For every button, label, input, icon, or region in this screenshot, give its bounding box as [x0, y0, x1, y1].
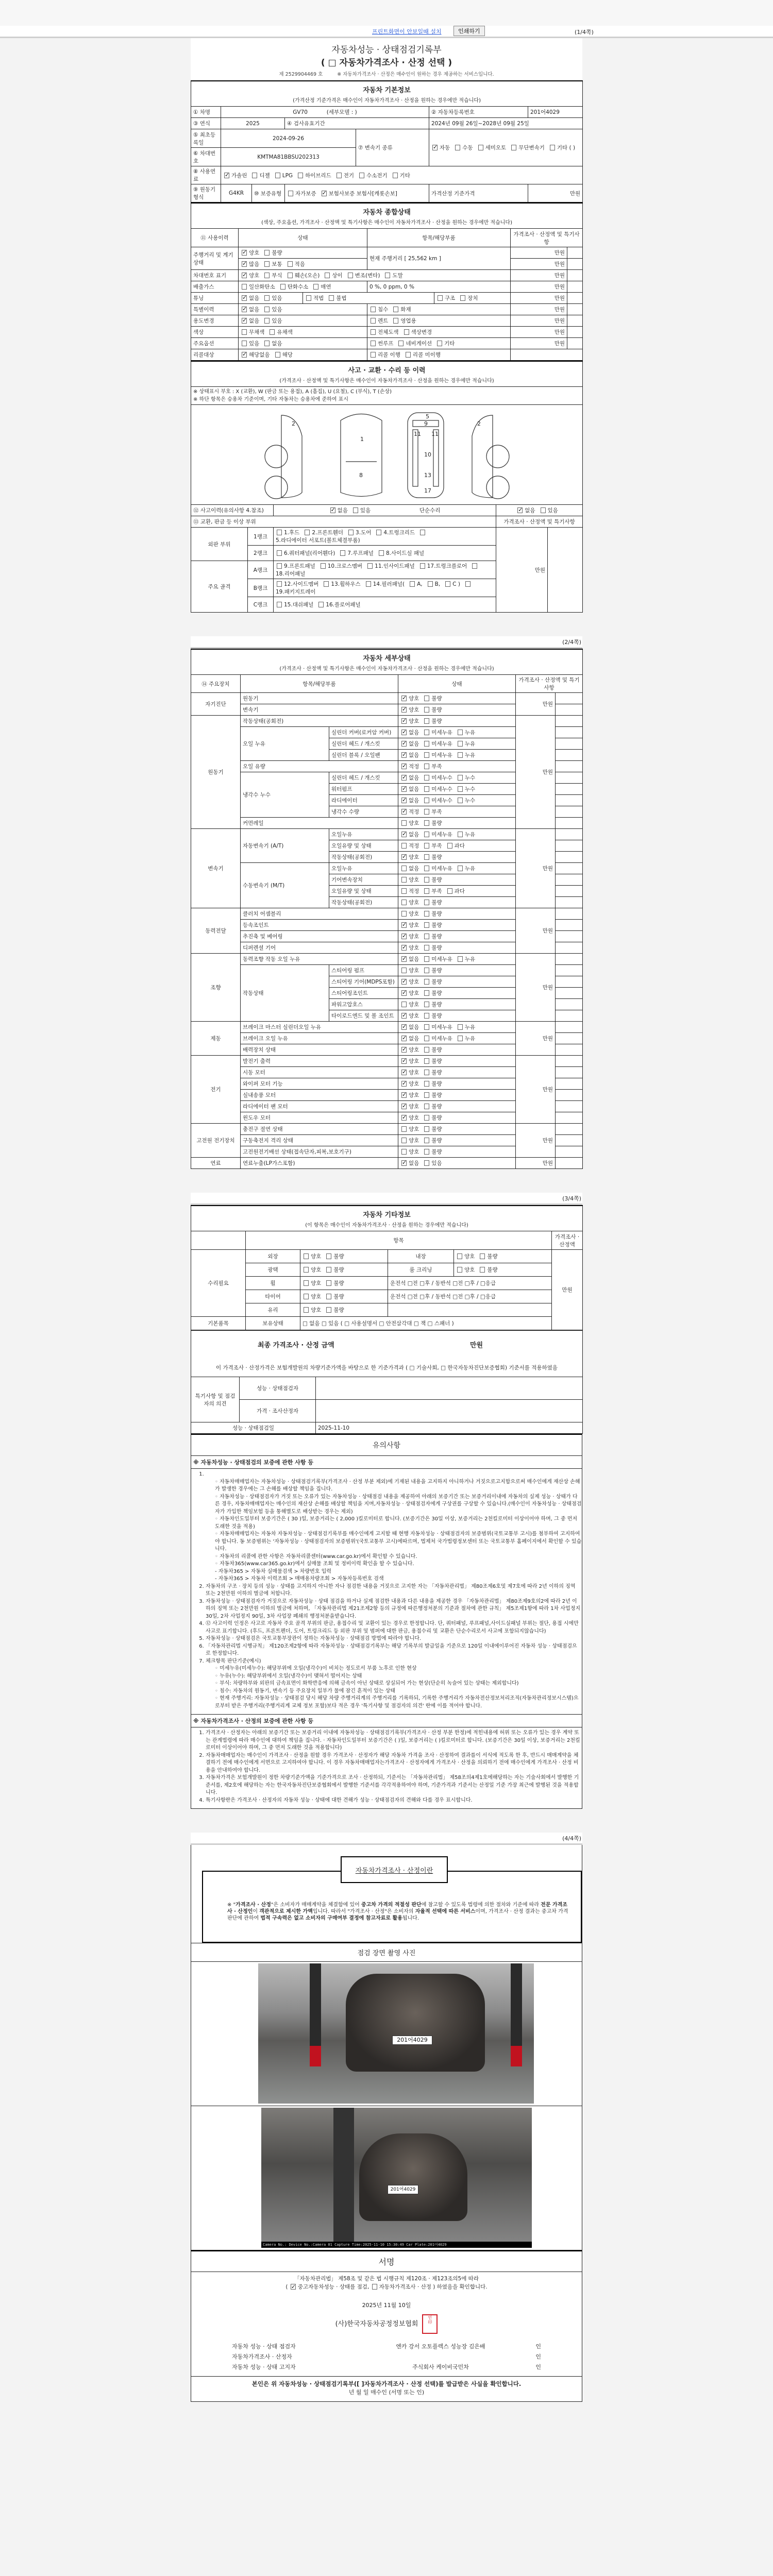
detail-note: (가격조사 · 산정액 및 특기사항은 매수인이 자동차가격조사 · 산정을 원… — [193, 663, 580, 673]
signer-row: 자동차가격조사 · 산정자인 — [232, 2351, 541, 2362]
option-label: 양호 — [409, 1081, 419, 1087]
status-row: 색상무채색유채색전체도색색상변경만원 — [191, 327, 583, 338]
checkbox — [401, 979, 407, 985]
checkbox — [424, 866, 429, 871]
item-label: 라디에이터 팬 모터 — [241, 1101, 398, 1112]
checkbox — [305, 530, 310, 535]
checkbox — [264, 261, 270, 267]
option-label: 미세누유 — [431, 741, 452, 747]
checkbox — [401, 730, 407, 735]
page-indicator: (1/4쪽) — [575, 28, 594, 36]
page-number: (2/4쪽) — [562, 638, 581, 646]
overall-title: 자동차 종합상태 — [193, 205, 580, 216]
checkbox — [242, 250, 247, 256]
checkbox — [424, 764, 429, 769]
other-note: (이 항목은 매수인이 자동차가격조사 · 산정을 원하는 경우에만 적습니다) — [193, 1219, 580, 1230]
option-label: 양호 — [409, 820, 419, 826]
part-item: 1.후드 — [284, 530, 299, 536]
option-label: 없음 — [249, 318, 259, 324]
sub-item-label: 타이로드엔드 및 볼 조인트 — [329, 1010, 398, 1022]
svg-text:11: 11 — [414, 431, 421, 437]
checkbox — [424, 718, 429, 724]
part-group: 외판 부위 — [191, 528, 248, 561]
checkbox — [541, 507, 546, 513]
option-label: 유채색 — [277, 329, 292, 335]
option-label: 미세누유 — [431, 866, 452, 872]
item-label: 시동 모터 — [241, 1067, 398, 1078]
option-label: 부족 — [431, 888, 442, 894]
checkbox — [457, 1253, 462, 1259]
col-item: 항목/해당부품 — [367, 229, 511, 247]
status-row: 차대번호 표기양호부식훼손(오손)상이변조(변타)도말만원 — [191, 270, 583, 281]
checkbox — [424, 956, 429, 962]
other-item-label: 휠 — [246, 1277, 300, 1290]
checkbox — [242, 352, 247, 358]
checkbox — [458, 730, 463, 735]
checkbox — [321, 563, 326, 569]
accident-history-table: 사고 · 교환 · 수리 등 이력(가격조사 · 산정액 및 특기사항은 매수인… — [191, 361, 583, 613]
checkbox — [401, 888, 407, 894]
checkbox — [401, 775, 407, 781]
checkbox — [424, 809, 429, 815]
option-label: 불량 — [431, 922, 442, 928]
option-label: 없음 — [409, 775, 419, 781]
svg-text:11: 11 — [431, 431, 439, 437]
part-item: 14.필러패널( — [373, 581, 405, 587]
col-status: 상태 — [239, 229, 367, 247]
checkbox — [401, 1058, 407, 1064]
option-label: 없음 — [409, 798, 419, 804]
option-label: 미세누유 — [431, 1036, 452, 1042]
checkbox — [550, 145, 555, 150]
checkbox — [313, 284, 318, 290]
status-label: 차대번호 표기 — [191, 270, 239, 281]
signature-title: 서명 — [191, 2251, 582, 2272]
document-title: 자동차성능 · 상태점검기록부 — [191, 42, 582, 55]
page-number: (4/4쪽) — [562, 1834, 581, 1842]
checkbox — [277, 581, 282, 587]
checkbox — [242, 329, 247, 335]
checkbox — [432, 145, 438, 150]
option-label: 미세누수 — [431, 786, 452, 792]
option-label: 수동 — [462, 145, 473, 151]
checkbox — [401, 809, 407, 815]
option-label: 부족 — [431, 843, 442, 849]
option-label: 불량 — [431, 854, 442, 860]
warranty-label: ⑩ 보증유형 — [252, 184, 285, 202]
option-label: 불량 — [431, 877, 442, 883]
checkbox — [401, 900, 407, 905]
option-label: 양호 — [409, 1058, 419, 1064]
sub-item-label: 기어변속장치 — [329, 874, 398, 886]
license-plate: 201어4029 — [392, 2036, 432, 2045]
option-label: 없음 — [525, 507, 535, 514]
option-label: 리콜 이행 — [378, 352, 400, 358]
part-item: 3.도어 — [356, 530, 371, 536]
option-label: 세미오토 — [485, 145, 507, 151]
document-number: 제 2529904469 호 — [279, 72, 323, 77]
checkbox — [424, 1138, 429, 1143]
car-name-value: GV70 — [293, 109, 308, 115]
other-item-label: 타이어 — [246, 1290, 300, 1303]
part-item: 19.패키지트레이 — [276, 589, 316, 595]
buyer-confirmation: 본인은 위 자동차성능 · 상태점검기록부([ ]자동차가격조사 · 산정 선택… — [191, 2380, 582, 2388]
checkbox — [224, 173, 229, 178]
detail-row: 변속기자동변속기 (A/T)오일누유없음미세누유누유만원 — [191, 829, 583, 840]
checkbox — [242, 307, 247, 312]
checkbox — [424, 1013, 429, 1019]
part-item: B, — [435, 581, 441, 587]
checkbox — [280, 284, 285, 290]
sub-item-label: 오일누유 — [329, 863, 398, 874]
option-label: 미세누유 — [431, 956, 452, 962]
appraisal-definition-text: ※ "가격조사 · 산정"은 소비자가 매매계약을 체결함에 있어 중고차 가격… — [227, 1902, 572, 1922]
device-group: 동력전달 — [191, 908, 241, 954]
checkbox — [424, 1070, 429, 1075]
checkbox — [277, 602, 282, 607]
option-label: 양호 — [409, 1149, 419, 1155]
option-label: 미세누유 — [431, 832, 452, 838]
checkbox — [348, 530, 354, 535]
item-label: 커먼레일 — [241, 818, 398, 829]
option-label: 불량 — [431, 1070, 442, 1076]
checkbox — [401, 718, 407, 724]
inspection-photo-front: 201어4029 — [191, 1962, 582, 2106]
basic-info-note: (가격산정 기준가격은 매수인이 자동차가격조사 · 산정을 원하는 경우에만 … — [193, 94, 580, 105]
year-label: ③ 연식 — [191, 118, 221, 129]
checkbox — [401, 741, 407, 747]
sub-item-label: 실린더 헤드 / 개스킷 — [329, 772, 398, 784]
checkbox — [242, 273, 247, 278]
svg-text:17: 17 — [424, 487, 431, 494]
option-label: 없음 — [272, 341, 282, 347]
signer-row: 자동차 성능 · 상태 점검자엔카 강서 오토플렉스 성능장 김은배인 — [232, 2341, 541, 2351]
option-label: 양호 — [409, 922, 419, 928]
svg-text:9: 9 — [424, 420, 428, 427]
checkbox — [242, 341, 247, 346]
checkbox — [424, 798, 429, 803]
option-label: 불량 — [431, 696, 442, 702]
option-label: 불량 — [431, 1104, 442, 1110]
appraiser-opinion[interactable] — [316, 1400, 583, 1422]
option-label: 장치 — [467, 295, 478, 301]
checkbox — [447, 843, 452, 849]
basic-info-table: 자동차 기본정보(가격산정 기준가격은 매수인이 자동차가격조사 · 산정을 원… — [191, 80, 583, 202]
inspection-value: 2024년 09월 26일~2028년 09월 25일 — [429, 118, 583, 129]
option-label: 양호 — [409, 1047, 419, 1053]
page-separator: (3/4쪽) — [191, 1169, 582, 1205]
option-label: 자가보증 — [295, 191, 316, 197]
option-label: 불량 — [431, 1138, 442, 1144]
checkbox — [410, 581, 415, 587]
checkbox — [424, 741, 429, 747]
option-label: 양호 — [249, 250, 259, 256]
buyer-signature-line: 년 월 일 매수인 (서명 또는 인) — [191, 2388, 582, 2396]
checkbox — [242, 284, 247, 290]
checkbox — [424, 934, 429, 939]
option-label: 있음 — [360, 507, 371, 514]
option-label: 양호 — [409, 1115, 419, 1121]
item-label: 등속조인트 — [241, 920, 398, 931]
accident-title: 사고 · 교환 · 수리 등 이력 — [193, 363, 580, 375]
option-label: 디젤 — [259, 173, 270, 179]
signature-date: 2025년 11월 10일 — [191, 2301, 582, 2309]
warranty-options: 자가보증보험사보증 보험사[캐롯손보] — [285, 184, 429, 202]
checkbox — [401, 866, 407, 871]
checkbox — [371, 318, 376, 324]
part-item: 6.쿼터패널(리어휀다) — [284, 550, 335, 556]
checkbox — [401, 934, 407, 939]
sub-item-label: 라디에이터 — [329, 795, 398, 806]
checkbox — [458, 775, 463, 781]
checkbox — [458, 1036, 463, 1041]
col-price: 가격조사 · 산정액 및 특기사항 — [516, 675, 583, 693]
col-device: ⑭ 주요장치 — [191, 675, 241, 693]
opinion-label: 특기사항 및 점검자의 의견 — [191, 1377, 240, 1422]
option-label: 적정 — [409, 843, 419, 849]
option-label: 기타 — [444, 341, 455, 347]
option-label: 없음 — [409, 956, 419, 962]
checkbox — [401, 854, 407, 860]
status-row: 용도변경없음있음렌트영업용만원 — [191, 315, 583, 327]
legend-note: ※ 하단 항목은 승용차 기준이며, 기타 자동차는 승용차에 준하여 표시 — [193, 396, 580, 403]
checkbox — [379, 550, 384, 556]
checkbox — [424, 752, 429, 758]
checkbox — [424, 707, 429, 713]
print-install-link[interactable]: 프린트화면이 안보일때 설치 — [372, 27, 442, 36]
checkbox — [359, 173, 364, 178]
price-basis-text: 이 가격조사 · 산정가격은 보험개발원의 차량기준가액을 바탕으로 한 기준가… — [191, 1359, 583, 1377]
option-label: 없음 — [409, 741, 419, 747]
item-label: 추진축 및 베어링 — [241, 931, 398, 942]
part-item: 7.루프패널 — [347, 550, 374, 556]
checkbox — [401, 752, 407, 758]
other-item-label: 광택 — [246, 1263, 300, 1277]
checkbox — [458, 866, 463, 871]
option-label: 양호 — [409, 1002, 419, 1008]
page-separator: (4/4쪽) — [191, 1809, 582, 1845]
option-label: 있음 — [272, 295, 282, 301]
checkbox — [393, 173, 398, 178]
checkbox — [424, 832, 429, 837]
other-item-label: 유리 — [246, 1303, 300, 1317]
checkbox — [304, 1307, 309, 1313]
svg-text:1: 1 — [360, 436, 364, 443]
checkbox — [401, 1013, 407, 1019]
checkbox — [424, 1024, 429, 1030]
option-label: 불량 — [431, 979, 442, 985]
accident-history-label: ⑫ 사고이력(유의사항 4.참조) — [191, 505, 274, 516]
photo-section-title: 점검 장면 촬영 사진 — [191, 1943, 582, 1962]
rank-label: 1랭크 — [248, 528, 274, 546]
option-label: 불량 — [431, 1013, 442, 1019]
part-item: 15.대쉬패널 — [284, 602, 313, 608]
option-label: 보통 — [272, 261, 282, 267]
reg-no-label: ② 자동차등록번호 — [429, 107, 528, 118]
engine-label: ⑨ 원동기형식 — [191, 184, 221, 202]
checkbox — [455, 145, 460, 150]
print-button[interactable]: 인쇄하기 — [453, 26, 485, 36]
inspection-label: ④ 검사유효기간 — [285, 118, 429, 129]
page-4: 자동차가격조사 · 산정이란 ※ "가격조사 · 산정"은 소비자가 매매계약을… — [191, 1845, 582, 2402]
option-label: 양호 — [409, 707, 419, 713]
detail-row: 고전원 전기장치충전구 절연 상태양호불량만원 — [191, 1124, 583, 1135]
vin-label: ⑥ 차대번호 — [191, 148, 221, 166]
checkbox — [428, 581, 433, 587]
law-option-b: 자동차가격조사 · 산정 ) 하였음을 확인합니다. — [379, 2284, 488, 2290]
option-label: 양호 — [409, 911, 419, 917]
notes-title: 유의사항 — [191, 1434, 582, 1455]
checkbox — [401, 786, 407, 792]
item-label: 오일 유량 — [241, 761, 398, 772]
part-item: 13.휠하우스 — [331, 581, 360, 587]
checkbox — [401, 968, 407, 973]
law-reference: 「자동차관리법」 제58조 및 같은 법 시행규칙 제120조 · 제123조의… — [191, 2275, 582, 2283]
rank-label: A랭크 — [248, 561, 274, 579]
item-label: 작동상태 — [241, 965, 329, 1022]
inspector-opinion[interactable] — [316, 1377, 583, 1400]
checkbox — [401, 945, 407, 951]
option-label: 양호 — [409, 900, 419, 906]
option-label: 양호 — [409, 990, 419, 996]
option-label: 없음 — [409, 786, 419, 792]
sub-item-label: 실린더 헤드 / 개스킷 — [329, 738, 398, 750]
checkbox — [458, 741, 463, 747]
checkbox — [517, 507, 523, 513]
part-item: 2.프론트휀더 — [312, 530, 343, 536]
option-label: 양호 — [409, 718, 419, 724]
checkbox — [424, 1081, 429, 1087]
option-label: 렌트 — [378, 318, 388, 324]
accident-note: (가격조사 · 산정액 및 특기사항은 매수인이 자동차가격조사 · 산정을 원… — [193, 375, 580, 385]
detail-row: 제동브레이크 마스터 실린더오일 누유없음미세누유누유만원 — [191, 1022, 583, 1033]
inspection-date-label: 성능 · 상태점검일 — [191, 1422, 316, 1434]
option-label: 없음 — [249, 307, 259, 313]
first-reg-label: ⑤ 최초등록일 — [191, 129, 221, 148]
option-label: 불법 — [336, 295, 346, 301]
status-row: 리콜대상해당없음해당리콜 이행리콜 미이행 — [191, 349, 583, 361]
col-price: 가격조사 · 산정액 및 특기사항 — [511, 229, 583, 247]
signer-seal: 인 — [526, 2363, 541, 2371]
item-label: 변속기 — [241, 704, 398, 716]
option-label: 불량 — [431, 707, 442, 713]
transmission-label: ⑦ 변속기 종류 — [356, 129, 429, 166]
option-label: 없음 — [409, 752, 419, 758]
checkbox — [424, 820, 429, 826]
status-label: 용도변경 — [191, 315, 239, 327]
option-label: 양호 — [409, 934, 419, 940]
signer-roles: 자동차 성능 · 상태 점검자엔카 강서 오토플렉스 성능장 김은배인자동차가격… — [232, 2341, 541, 2372]
status-label: 특별이력 — [191, 304, 239, 315]
checkbox — [401, 707, 407, 713]
option-label: 누유 — [465, 956, 475, 962]
item-label: 발전기 출력 — [241, 1056, 398, 1067]
checkbox — [304, 1294, 309, 1299]
other-title: 자동차 기타정보 — [193, 1207, 580, 1219]
sub-item-label: 오일유량 및 상태 — [329, 840, 398, 852]
checkbox — [401, 1024, 407, 1030]
checkbox — [420, 563, 425, 569]
checkbox — [337, 173, 342, 178]
basic-items-label: 기본품목 — [191, 1317, 246, 1330]
option-label: 누유 — [465, 1024, 475, 1030]
option-label: 불량 — [272, 250, 282, 256]
mileage-label: 주행거리 및 계기상태 — [191, 247, 239, 270]
item-label: 원동기 — [241, 693, 398, 704]
option-label: 양호 — [409, 877, 419, 883]
detail-row: 연료연료누출(LP가스포함)없음있음만원 — [191, 1158, 583, 1169]
checkbox — [329, 295, 334, 301]
option-label: 누유 — [465, 741, 475, 747]
checkbox — [264, 273, 270, 278]
item-label: 브레이크 오일 누유 — [241, 1033, 398, 1044]
year-value: 2025 — [221, 118, 285, 129]
document-header: 자동차성능 · 상태점검기록부 ( □ 자동차가격조사 · 산정 선택 ) 제 … — [191, 38, 582, 80]
status-label: 주요옵션 — [191, 338, 239, 349]
option-label: 있음 — [272, 318, 282, 324]
checkbox — [480, 1253, 485, 1259]
option-label: 없음 — [249, 295, 259, 301]
checkbox — [401, 1126, 407, 1132]
checkbox — [401, 820, 407, 826]
browser-top-area — [0, 0, 773, 26]
page-1: 자동차성능 · 상태점검기록부 ( □ 자동차가격조사 · 산정 선택 ) 제 … — [191, 38, 582, 613]
sub-item-label: 스티어링 기어(MDPS포함) — [329, 976, 398, 988]
detail-status-table: 자동차 세부상태(가격조사 · 산정액 및 특기사항은 매수인이 자동차가격조사… — [191, 649, 583, 1169]
fuel-options: 가솔린디젤LPG하이브리드전기수소전기기타 — [221, 166, 583, 184]
other-item-label: 외장 — [246, 1250, 300, 1263]
checkbox — [458, 956, 463, 962]
checkbox — [480, 1267, 485, 1273]
checkbox — [424, 1149, 429, 1155]
option-label: 없음 — [338, 507, 348, 514]
checkbox — [420, 530, 425, 535]
checkbox — [458, 798, 463, 803]
checkbox — [460, 295, 465, 301]
checkbox — [401, 764, 407, 769]
appraisal-definition-box: 자동차가격조사 · 산정이란 ※ "가격조사 · 산정"은 소비자가 매매계약을… — [191, 1845, 582, 1943]
checkbox — [458, 832, 463, 837]
status-row: 주요옵션있음없음썬루프네비게이션기타만원 — [191, 338, 583, 349]
checkbox — [424, 1047, 429, 1053]
option-label: 양호 — [409, 854, 419, 860]
checkbox — [367, 563, 373, 569]
option-label: 도말 — [392, 273, 402, 279]
checkbox — [306, 295, 311, 301]
inspector-label: 성능 · 상태점검자 — [240, 1377, 316, 1400]
status-row: 튜닝없음있음적법불법구조장치만원 — [191, 293, 583, 304]
option-label: 누유 — [465, 1036, 475, 1042]
checkbox — [385, 273, 390, 278]
rank-row: 외판 부위1랭크1.후드2.프론트휀더3.도어4.트렁크리드5.라디에이터 서포… — [191, 528, 583, 546]
notes-section2-list: 가격조사 · 산정자는 아래의 보증기간 또는 보증거리 이내에 자동차성능 ·… — [191, 1730, 582, 1804]
notes-section: 유의사항 ※ 자동차성능 · 상태점검의 보증에 관한 사항 등 자동차매매업자… — [191, 1434, 582, 1809]
status-label: 리콜대상 — [191, 349, 239, 361]
option-label: 과다 — [455, 888, 465, 894]
part-group: 주요 골격 — [191, 561, 248, 613]
checkbox — [277, 563, 282, 569]
option-label: 양호 — [409, 968, 419, 974]
checkbox — [371, 329, 376, 335]
status-label: 튜닝 — [191, 293, 239, 304]
other-info-table: 자동차 기타정보(이 항목은 매수인이 자동차가격조사 · 산정을 원하는 경우… — [191, 1205, 583, 1330]
photo-caption: Camera No.: Device No.:Camera 01 Capture… — [261, 2242, 532, 2248]
checkbox — [424, 843, 429, 849]
option-label: 양호 — [409, 1013, 419, 1019]
item-label: 배력장치 상태 — [241, 1044, 398, 1056]
option-label: 탄화수소 — [288, 284, 309, 290]
checkbox — [304, 1267, 309, 1273]
